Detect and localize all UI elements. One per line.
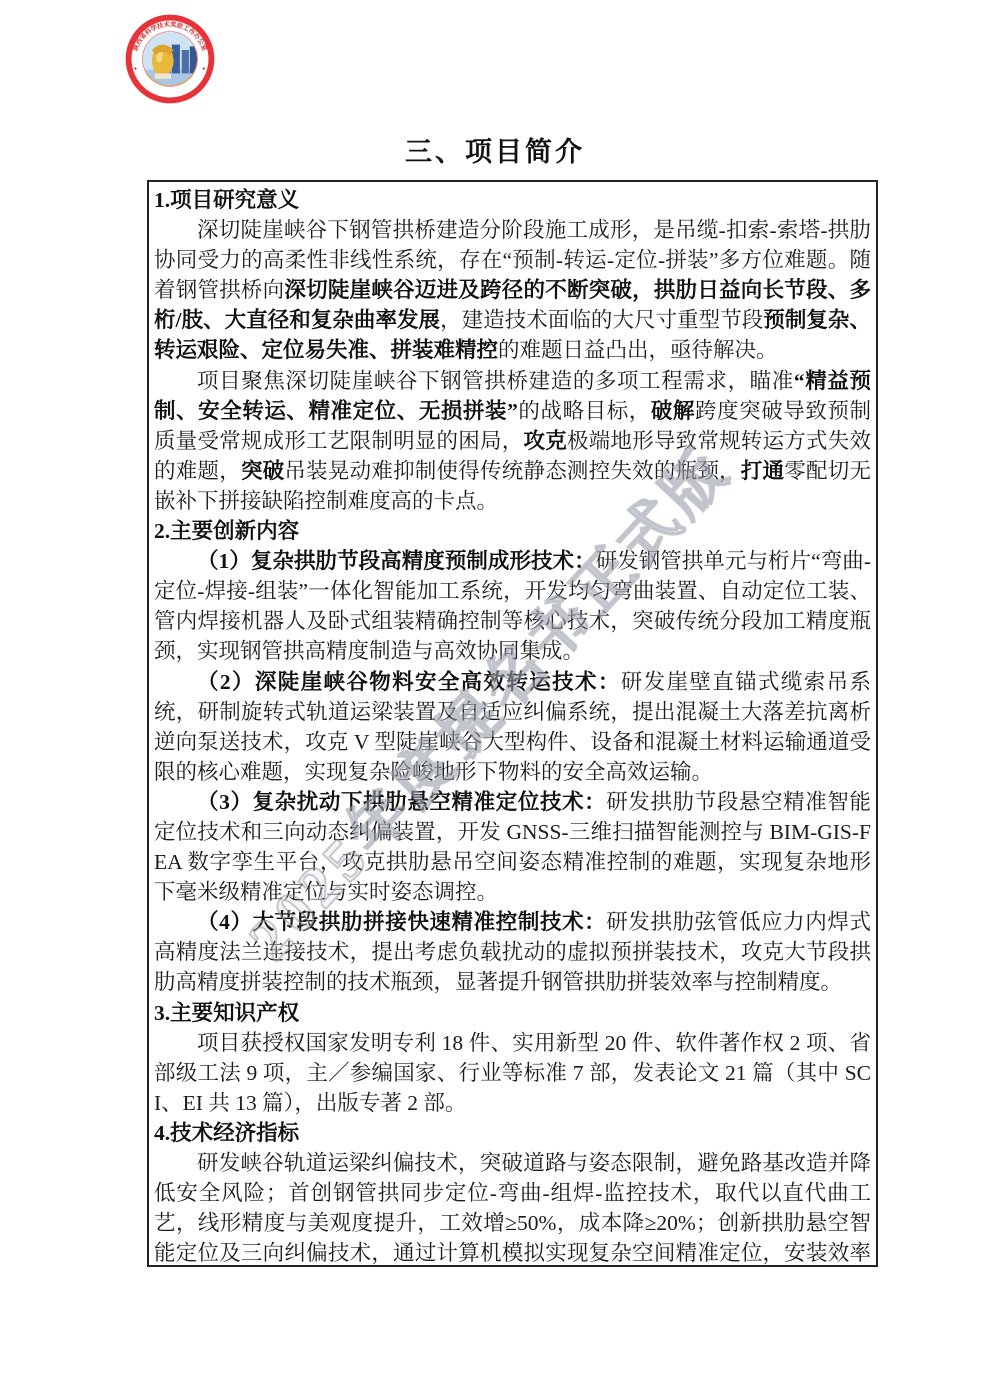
bold-run: （3）复杂扰动下拱肋悬空精准定位技术： [197,790,606,814]
document-page: 陕西省科学技术奖励工作办公室 Office Of Science & Techn… [0,0,990,1399]
paragraph: 项目获授权国家发明专利 18 件、实用新型 20 件、软件著作权 2 项、省部级… [154,1028,871,1118]
bold-run: 破解 [651,399,695,423]
paragraph: 深切陡崖峡谷下钢管拱桥建造分阶段施工成形，是吊缆-扣索-索塔-拱肋协同受力的高柔… [154,215,871,365]
bold-run: 攻克 [523,429,566,453]
page-title: 三、项目简介 [0,130,990,169]
text-run: ，建造技术面临的大尺寸重型节段 [440,308,763,332]
paragraph: （4）大节段拱肋拼接快速精准控制技术：研发拱肋弦管低应力内焊式高精度法兰连接技术… [154,907,871,997]
bold-run: （4）大节段拱肋拼接快速精准控制技术： [197,910,606,934]
text-run: 项目聚焦深切陡崖峡谷下钢管拱桥建造的多项工程需求，瞄准 [197,369,794,393]
text-run: 的难题日益凸出，亟待解决。 [498,338,778,362]
section-heading: 2.主要创新内容 [154,516,871,546]
content-box: 1.项目研究意义深切陡崖峡谷下钢管拱桥建造分阶段施工成形，是吊缆-扣索-索塔-拱… [147,180,878,1267]
section-heading: 4.技术经济指标 [154,1118,871,1148]
section-heading: 3.主要知识产权 [154,998,871,1028]
paragraph: （2）深陡崖峡谷物料安全高效转运技术：研发崖壁直锚式缆索吊系统，研制旋转式轨道运… [154,667,871,787]
text-run: 吊装晃动难抑制使得传统静态测控失效的瓶颈， [284,459,740,483]
text-run: 研发峡谷轨道运梁纠偏技术，突破道路与姿态限制，避免路基改造并降低安全风险；首创钢… [154,1151,871,1267]
bold-run: 打通 [741,459,784,483]
logo-star-right-icon: ✦ [202,67,207,73]
bold-run: 突破 [241,459,284,483]
paragraph: （3）复杂扰动下拱肋悬空精准定位技术：研发拱肋节段悬空精准智能定位技术和三向动态… [154,787,871,907]
text-run: 项目获授权国家发明专利 18 件、实用新型 20 件、软件著作权 2 项、省部级… [154,1031,871,1115]
paragraph: 研发峡谷轨道运梁纠偏技术，突破道路与姿态限制，避免路基改造并降低安全风险；首创钢… [154,1148,871,1267]
bold-run: （1）复杂拱肋节段高精度预制成形技术： [197,549,596,573]
section-heading: 1.项目研究意义 [154,185,871,215]
paragraph: 项目聚焦深切陡崖峡谷下钢管拱桥建造的多项工程需求，瞄准“精益预制、安全转运、精准… [154,366,871,516]
award-office-logo: 陕西省科学技术奖励工作办公室 Office Of Science & Techn… [125,14,215,104]
text-run: 的战略目标， [518,399,651,423]
bold-run: （2）深陡崖峡谷物料安全高效转运技术： [197,670,621,694]
logo-star-left-icon: ✦ [133,67,138,73]
paragraph: （1）复杂拱肋节段高精度预制成形技术：研发钢管拱单元与桁片“弯曲-定位-焊接-组… [154,546,871,666]
award-office-logo-icon: 陕西省科学技术奖励工作办公室 Office Of Science & Techn… [125,14,215,104]
